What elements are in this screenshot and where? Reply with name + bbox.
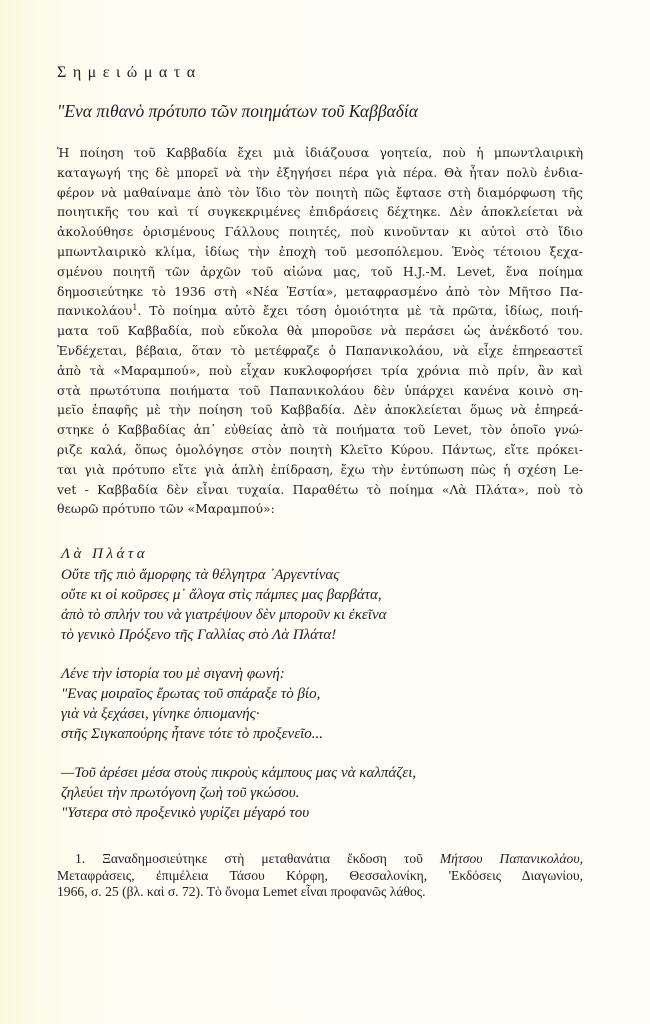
poem-line: "Ενας μοιραῖος ἔρωτας τοῦ σπάραξε τὸ βίο… xyxy=(61,684,416,704)
body-line: θεωρῶ πρότυπο τῶν «Μαραμπού»: xyxy=(57,499,583,519)
body-line: στὰ πρωτότυπα ποιήματα τοῦ Παπανικολάου … xyxy=(57,381,583,401)
body-line: ἀκολούθησε ὁρισμένους Γάλλους ποιητές, π… xyxy=(57,222,583,242)
body-line: Ἡ ποίηση τοῦ Καββαδία ἔχει μιὰ ἰδιάζουσα… xyxy=(57,143,583,163)
poem-line: στῆς Σιγκαπούρης ἦτανε τότε τὸ προξενεῖο… xyxy=(61,724,416,744)
poem-line: ζηλεύει τὴν πρωτόγονη ζωὴ τοῦ γκώσου. xyxy=(61,783,416,803)
section-heading: Σημειώματα xyxy=(57,64,202,82)
body-line: ριζε καλά, ὅπως ὁμολόγησε στὸν ποιητὴ Κλ… xyxy=(57,440,583,460)
body-line: Ἐνδέχεται, βέβαια, ὅταν τὸ μετέφραζε ὁ Π… xyxy=(57,341,583,361)
poem-line: Λένε τὴν ἱστορία του μὲ σιγανὴ φωνή: xyxy=(61,664,416,684)
poem-line: τὸ γενικὸ Πρόξενο τῆς Γαλλίας στὸ Λὰ Πλά… xyxy=(61,625,416,645)
footnote-line: Μεταφράσεις, ἐπιμέλεια Τάσου Κόρφη, Θεσσ… xyxy=(57,868,583,885)
poem-title: Λὰ Πλάτα xyxy=(61,543,416,565)
body-line: δημοσιεύτηκε τὸ 1936 στὴ «Νέα Ἑστία», με… xyxy=(57,282,583,302)
poem-line: Οὔτε τῆς πιὸ ἄμορφης τὰ θέλγητρα ᾿Αργεντ… xyxy=(61,565,416,585)
body-line: φέρον νὰ μαθαίναμε ἀπὸ τὸν ἴδιο τὸν ποιη… xyxy=(57,183,583,203)
body-line-start: πανικολάου xyxy=(57,303,132,318)
footnote-line: 1. Ξαναδημοσιεύτηκε στὴ μεταθανάτια ἔκδο… xyxy=(57,851,583,868)
footnote-line: 1966, σ. 25 (βλ. καὶ σ. 72). Τὸ ὄνομα Le… xyxy=(57,884,583,901)
footnote-author: Μήτσου Παπανικολάου, xyxy=(440,851,583,866)
body-line: vet - Καββαδία δὲν εἶναι τυχαία. Παραθέτ… xyxy=(57,480,583,500)
body-line: μεῖο ἐπαφῆς μὲ τὴν ποίηση τοῦ Καββαδία. … xyxy=(57,400,583,420)
poem-line: ἀπὸ τὸ σπλήν του νὰ γιατρέψουν δὲν μπορο… xyxy=(61,605,416,625)
body-line: ται γιὰ πρότυπο εἴτε γιὰ ἁπλὴ ἐπίδραση, … xyxy=(57,460,583,480)
poem-line: γιὰ νὰ ξεχάσει, γίνηκε ὀπιομανής· xyxy=(61,704,416,724)
poem-line: "Υστερα στὸ προξενικὸ γυρίζει μέγαρό του xyxy=(61,803,416,823)
poem-stanza: Λένε τὴν ἱστορία του μὲ σιγανὴ φωνή: "Εν… xyxy=(61,664,416,744)
body-line: ποιητικῆς του καὶ τί συγκεκριμένες ἐπιδρ… xyxy=(57,202,583,222)
body-line: πανικολάου1. Τὸ ποίημα αὐτὸ ἔχει τόση ὁμ… xyxy=(57,301,583,321)
body-paragraph: Ἡ ποίηση τοῦ Καββαδία ἔχει μιὰ ἰδιάζουσα… xyxy=(57,143,583,519)
body-line-rest: . Τὸ ποίημα αὐτὸ ἔχει τόση ὁμοιότητα μὲ … xyxy=(137,303,583,318)
footnote: 1. Ξαναδημοσιεύτηκε στὴ μεταθανάτια ἔκδο… xyxy=(57,851,583,901)
body-line: καταγωγή της δὲ μπορεῖ νὰ τὴν ἐξηγήσει π… xyxy=(57,163,583,183)
poem-stanza: —Τοῦ ἀρέσει μέσα στοὺς πικροὺς κάμπους μ… xyxy=(61,763,416,823)
poem-line: οὔτε κι οἱ κοῦρσες μ᾿ ἄλογα στὶς πάμπες … xyxy=(61,585,416,605)
footnote-text: Ξαναδημοσιεύτηκε στὴ μεταθανάτια ἔκδοση … xyxy=(102,851,423,866)
body-line: σμένου ποιητῆ τῶν ἀρχῶν τοῦ αἰώνα μας, τ… xyxy=(57,262,583,282)
poem-block: Λὰ Πλάτα Οὔτε τῆς πιὸ ἄμορφης τὰ θέλγητρ… xyxy=(61,543,416,842)
poem-line: —Τοῦ ἀρέσει μέσα στοὺς πικροὺς κάμπους μ… xyxy=(61,763,416,783)
body-line: ἀπὸ τὰ «Μαραμπού», ποὺ εἶχαν κυκλοφορήσε… xyxy=(57,361,583,381)
footnote-number: 1. xyxy=(75,851,85,866)
article-title: "Ενα πιθανὸ πρότυπο τῶν ποιημάτων τοῦ Κα… xyxy=(57,101,418,122)
body-line: μπωντλαιρικὸ κλίμα, ἰδίως τὴν ἐποχὴ τοῦ … xyxy=(57,242,583,262)
poem-stanza: Οὔτε τῆς πιὸ ἄμορφης τὰ θέλγητρα ᾿Αργεντ… xyxy=(61,565,416,645)
body-line: ματα τοῦ Καββαδία, ποὺ εὔκολα θὰ μποροῦσ… xyxy=(57,321,583,341)
body-line: στηκε ὁ Καββαδίας ἀπ᾿ εὐθείας ἀπὸ τὰ ποι… xyxy=(57,420,583,440)
